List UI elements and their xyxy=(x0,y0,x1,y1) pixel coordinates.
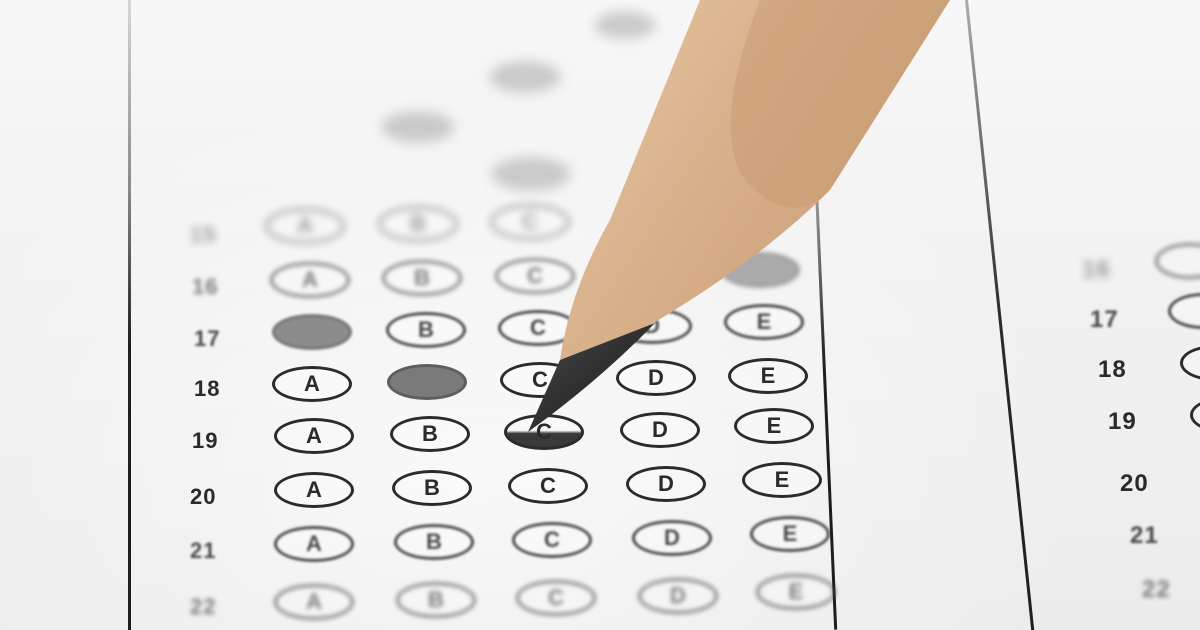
question-number: 22 xyxy=(1142,576,1171,604)
question-number: 16 xyxy=(1082,256,1111,284)
bubble-a[interactable]: A xyxy=(274,526,354,562)
bubble-b[interactable]: B xyxy=(386,312,466,348)
bubble-b[interactable]: B xyxy=(392,470,472,506)
bubble-d[interactable]: D xyxy=(626,466,706,502)
bubble-e[interactable]: E xyxy=(734,408,814,444)
bubble-a[interactable]: A xyxy=(274,418,354,454)
bubble-c[interactable]: C xyxy=(500,362,580,398)
bubble-a-filled[interactable]: A xyxy=(272,314,352,350)
bubble-filled-blurred xyxy=(382,112,454,142)
bubble-c[interactable]: C xyxy=(512,522,592,558)
bubble-b-filled[interactable]: B xyxy=(387,364,467,400)
bubble-b[interactable]: B xyxy=(382,260,462,296)
sheet-rule-left xyxy=(128,0,131,630)
bubble-a[interactable]: A xyxy=(274,472,354,508)
paper-lighting xyxy=(0,0,1200,630)
bubble-filled-blurred xyxy=(595,12,655,38)
answer-sheet-photo: 15 A B C 16 A B C E 17 A B C D E 18 A B … xyxy=(0,0,1200,630)
question-number: 22 xyxy=(190,594,216,620)
bubble-filled-blurred xyxy=(490,62,560,92)
bubble-d[interactable]: D xyxy=(616,360,696,396)
question-number: 18 xyxy=(1098,356,1127,384)
bubble-c[interactable]: C xyxy=(498,310,578,346)
question-number: 21 xyxy=(190,538,216,564)
question-number: 20 xyxy=(190,484,216,510)
bubble-e[interactable]: E xyxy=(742,462,822,498)
bubble-b[interactable]: B xyxy=(390,416,470,452)
bubble-b[interactable]: B xyxy=(378,206,458,242)
bubble-a[interactable]: A xyxy=(265,208,345,244)
bubble-e[interactable]: E xyxy=(728,358,808,394)
bubble-c[interactable]: C xyxy=(495,258,575,294)
bubble-c[interactable]: C xyxy=(490,204,570,240)
question-number: 19 xyxy=(192,428,218,454)
bubble-d[interactable]: D xyxy=(632,520,712,556)
bubble-a[interactable]: A xyxy=(274,584,354,620)
bubble-e[interactable]: E xyxy=(724,304,804,340)
bubble-filled-blurred xyxy=(492,158,570,190)
bubble-e[interactable]: E xyxy=(750,516,830,552)
bubble-c[interactable]: C xyxy=(508,468,588,504)
bubble-b[interactable]: B xyxy=(394,524,474,560)
bubble-d[interactable]: D xyxy=(612,308,692,344)
bubble-e-filled[interactable]: E xyxy=(720,252,800,288)
bubble-e[interactable]: E xyxy=(756,574,836,610)
bubble-d[interactable]: D xyxy=(620,412,700,448)
question-number: 15 xyxy=(190,222,216,248)
question-number: 17 xyxy=(194,326,220,352)
question-number: 16 xyxy=(192,274,218,300)
question-number: 17 xyxy=(1090,306,1119,334)
question-number: 21 xyxy=(1130,522,1159,550)
question-number: 18 xyxy=(194,376,220,402)
bubble-c[interactable]: C xyxy=(516,580,596,616)
bubble-b[interactable]: B xyxy=(396,582,476,618)
bubble-d[interactable]: D xyxy=(638,578,718,614)
question-number: 19 xyxy=(1108,408,1137,436)
bubble-a[interactable]: A xyxy=(272,366,352,402)
bubble-a[interactable]: A xyxy=(270,262,350,298)
bubble-c-being-filled[interactable]: C xyxy=(504,414,584,450)
question-number: 20 xyxy=(1120,470,1149,498)
